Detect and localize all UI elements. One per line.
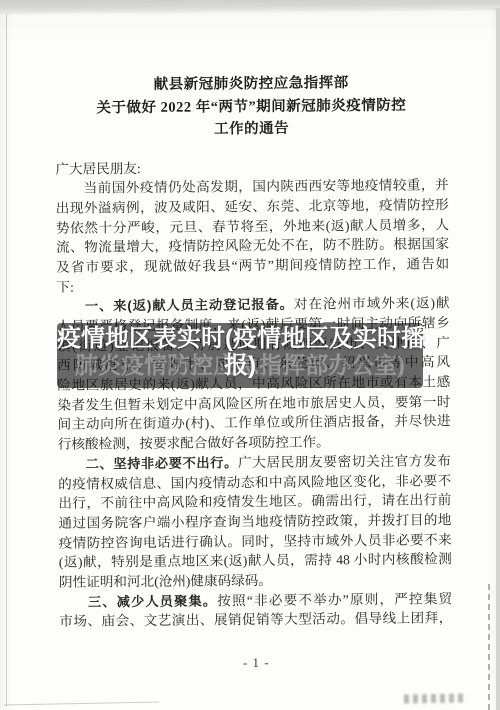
scan-smudge bbox=[404, 693, 466, 703]
scan-corner-mark bbox=[4, 702, 159, 706]
overlay-caption-line-1: 疫情地区表实时(疫情地区及实时播 bbox=[57, 325, 423, 352]
document-title-line: 关于做好 2022 年“两节”期间新冠肺炎疫情防控 bbox=[55, 94, 448, 120]
scan-background: 献县新冠肺炎防控应急指挥部 关于做好 2022 年“两节”期间新冠肺炎疫情防控 … bbox=[0, 0, 500, 710]
overlay-banner: 肺炎疫情防控应急指挥部办公室) 疫情地区表实时(疫情地区及实时播 报) bbox=[57, 323, 423, 388]
document-line: 及省市要求，现就做好我县“两节”期间疫情防控工作，通告如 bbox=[56, 254, 449, 277]
page-number: - 1 - bbox=[60, 653, 453, 672]
overlay-caption-line-2: 报) bbox=[57, 352, 423, 379]
document-line: 二、坚持非必要不出行。广大居民朋友要密切关注官方发布 bbox=[58, 451, 451, 474]
document-line: 间主动向所在街道办(村)、工作单位或所住酒店报备，并尽快进 bbox=[58, 412, 451, 435]
binding-perforation bbox=[488, 584, 490, 710]
scan-fold-line bbox=[6, 14, 7, 706]
scan-right-edge bbox=[496, 8, 500, 710]
document-line: (返)献，特别是重点地区来(返)献人员，需持 48 小时内核酸检测 bbox=[59, 550, 452, 573]
document-line: 市场、庙会、文艺演出、展销促销等大型活动。倡导线上团拜， bbox=[59, 609, 452, 632]
document-body: 广大居民朋友: 当前国外疫情仍处高发期，国内陕西西安等地疫情较重，并出现外溢病例… bbox=[55, 156, 452, 632]
scan-top-edge bbox=[0, 0, 500, 12]
document-title-line: 工作的通告 bbox=[55, 116, 448, 142]
